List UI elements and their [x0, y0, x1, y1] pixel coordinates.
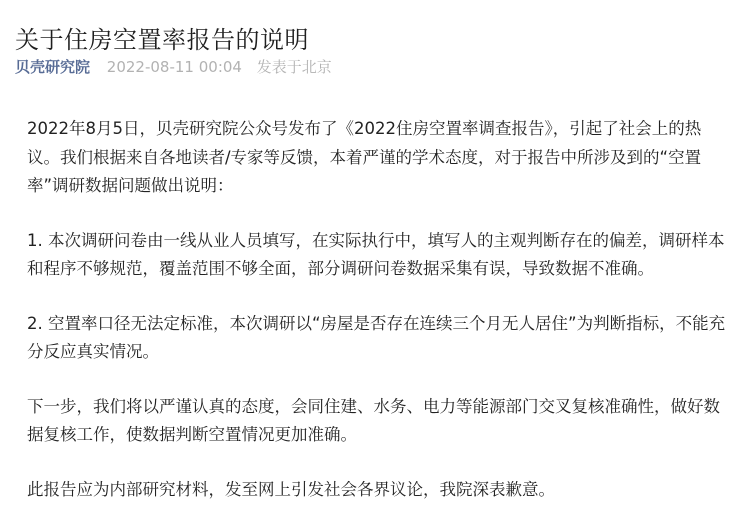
article-meta: 贝壳研究院 2022-08-11 00:04 发表于北京 [15, 55, 332, 79]
paragraph-intro: 2022年8月5日，贝壳研究院公众号发布了《2022住房空置率调查报告》，引起了… [27, 115, 727, 201]
author-link[interactable]: 贝壳研究院 [15, 58, 90, 76]
paragraph-point-1: 1. 本次调研问卷由一线从业人员填写，在实际执行中，填写人的主观判断存在的偏差，… [27, 227, 727, 284]
article-body: 2022年8月5日，贝壳研究院公众号发布了《2022住房空置率调查报告》，引起了… [27, 115, 727, 525]
publish-datetime: 2022-08-11 00:04 [107, 58, 242, 76]
paragraph-apology: 此报告应为内部研究材料，发至网上引发社会各界议论，我院深表歉意。 [27, 476, 727, 505]
publish-location: 发表于北京 [257, 58, 332, 76]
paragraph-point-2: 2. 空置率口径无法定标准，本次调研以“房屋是否存在连续三个月无人居住”为判断指… [27, 310, 727, 367]
article-title: 关于住房空置率报告的说明 [15, 22, 309, 58]
paragraph-next-steps: 下一步，我们将以严谨认真的态度，会同住建、水务、电力等能源部门交叉复核准确性，做… [27, 393, 727, 450]
